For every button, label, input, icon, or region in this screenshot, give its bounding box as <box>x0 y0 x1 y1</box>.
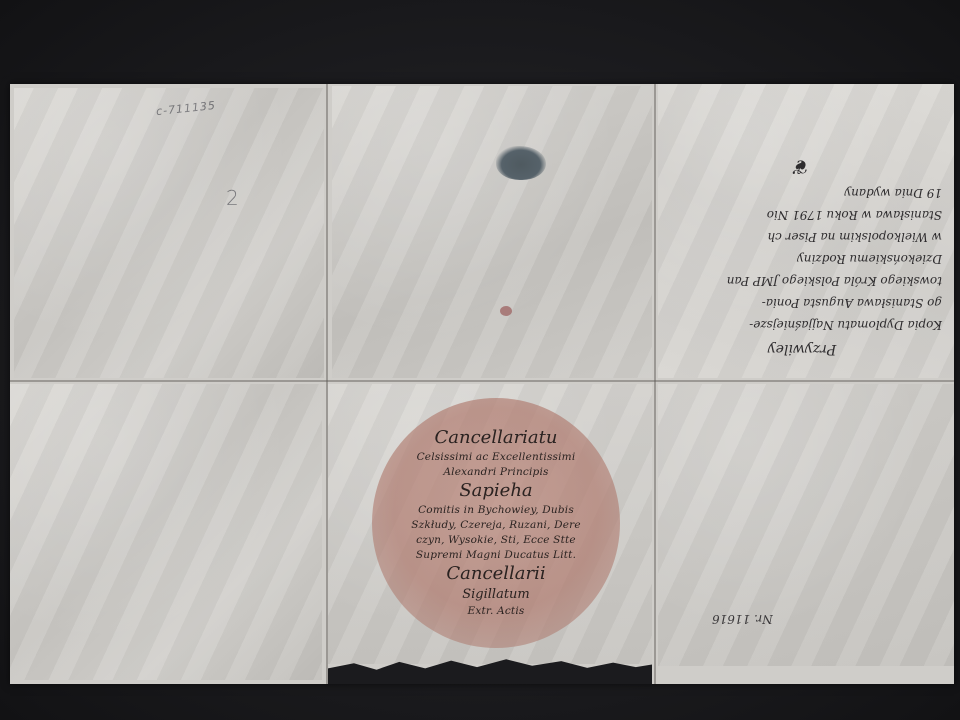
note-line: 19 Dnia wydany <box>662 182 942 204</box>
seal-line: Comitis in Bychowiey, Dubis <box>418 505 574 516</box>
seal-inscription: Cancellariatu Celsissimi ac Excellentiss… <box>372 398 620 648</box>
seal-line: Celsissimi ac Excellentissimi <box>417 452 576 463</box>
note-title: Przywiley <box>662 338 942 360</box>
panel-bottom-left <box>10 384 322 680</box>
seal-line: Cancellariatu <box>435 429 558 448</box>
seal-line: Alexandri Principis <box>443 467 548 478</box>
note-line: w Wielkopolskim na Piser ch <box>662 226 942 248</box>
seal-line: Supremi Magni Ducatus Litt. <box>416 550 576 561</box>
upside-down-note: Przywiley Kopia Dyplomatu Najjaśniejsze-… <box>662 110 942 360</box>
fold-line-vertical-left <box>326 84 328 684</box>
panel-top-left: c-711135 2 <box>14 88 324 378</box>
seal-line: Sigillatum <box>462 588 530 602</box>
fold-line-vertical-right <box>654 84 656 684</box>
note-line: towskiego Króla Polskiego JMP Pan <box>662 270 942 292</box>
fold-line-horizontal <box>10 380 954 382</box>
seal-line: Extr. Actis <box>468 606 525 617</box>
page-number: 2 <box>226 186 239 210</box>
flourish-icon: ❦ <box>662 156 942 178</box>
note-line: Kopia Dyplomatu Najjaśniejsze- <box>662 314 942 336</box>
ink-stain <box>496 146 546 180</box>
seal-line: czyn, Wysokie, Sti, Ecce Stte <box>416 535 576 546</box>
seal-line: Sapieha <box>459 482 532 501</box>
panel-bottom-right <box>658 384 954 666</box>
note-line: go Stanisława Augusta Ponia- <box>662 292 942 314</box>
seal-line: Szkłudy, Czereja, Ruzani, Dere <box>411 520 581 531</box>
seal-line: Cancellarii <box>446 565 545 584</box>
bottom-note: Nr. 11616 <box>712 612 773 626</box>
note-line: Stanisława w Roku 1791 Nio <box>662 204 942 226</box>
note-line: Dziekońskiemu Rodziny <box>662 248 942 270</box>
panel-top-center <box>332 86 652 378</box>
archive-number: c-711135 <box>155 99 216 118</box>
red-spot <box>500 306 512 316</box>
